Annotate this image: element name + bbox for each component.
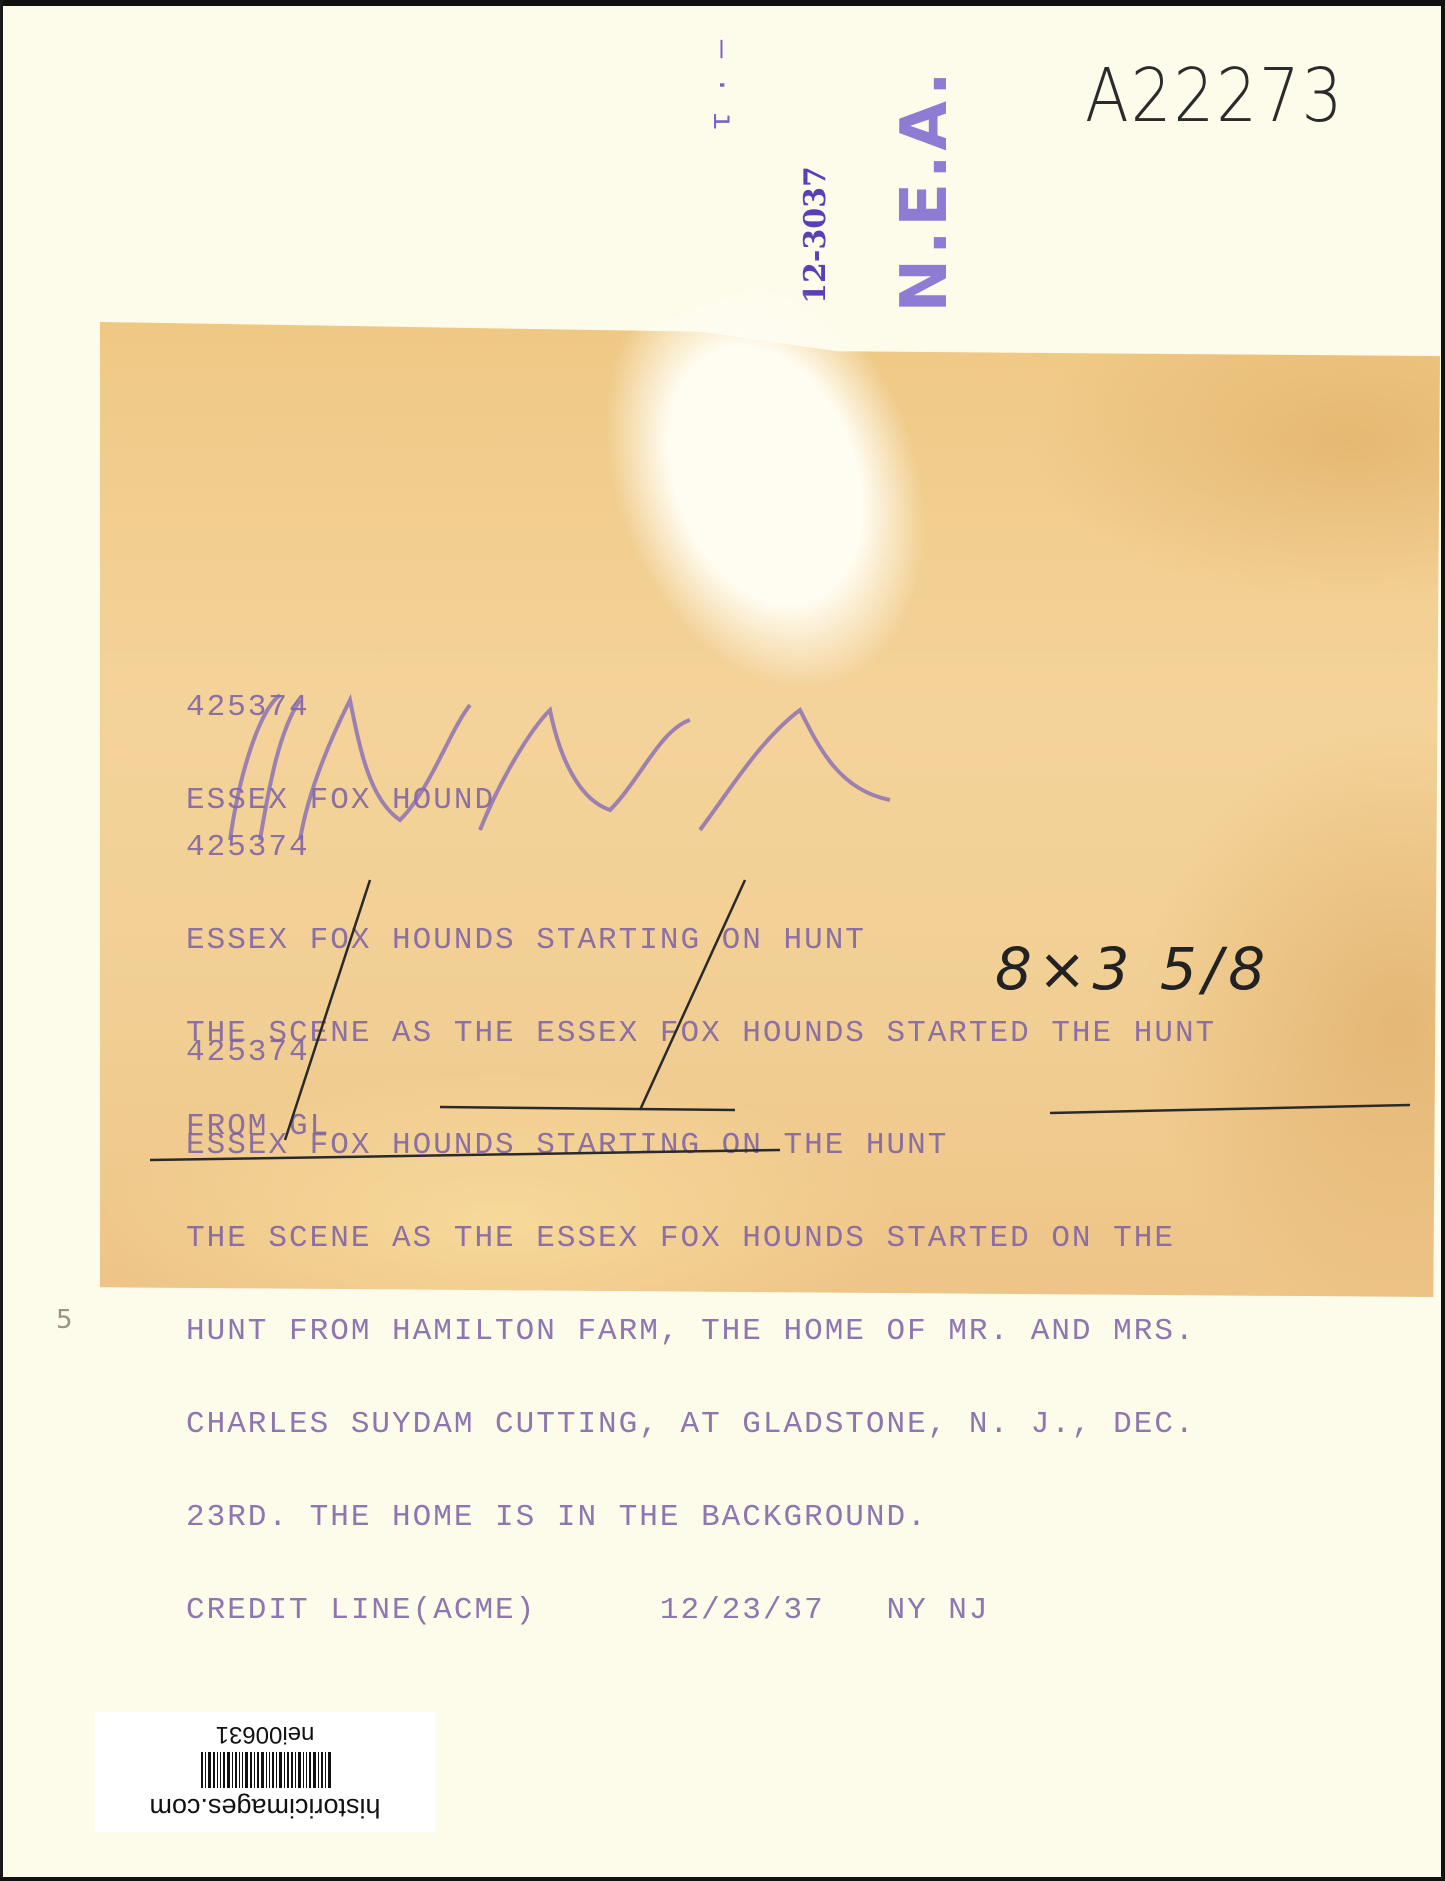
handwritten-archive-id: A22273 [1085,54,1344,139]
scan-border-right [1441,0,1445,1881]
barcode-code-text: nei00631 [216,1721,315,1749]
caption-line: 425374 [186,1037,1196,1068]
caption-line: 23RD. THE HOME IS IN THE BACKGROUND. [186,1502,1196,1533]
stamp-dash-marks: — · ı [728,40,738,180]
barcode-label: historicimages.com nei00631 [95,1712,435,1832]
scan-border-top [0,0,1445,6]
handwritten-size-note: 8×3 5/8 [995,935,1271,1003]
caption-line: CHARLES SUYDAM CUTTING, AT GLADSTONE, N.… [186,1409,1196,1440]
agency-stamp: N.E.A. [775,145,1075,235]
caption-line: HUNT FROM HAMILTON FARM, THE HOME OF MR.… [186,1316,1196,1347]
scan-border-bottom [0,1877,1445,1881]
barcode-icon [199,1753,331,1789]
caption-line: THE SCENE AS THE ESSEX FOX HOUNDS STARTE… [186,1223,1196,1254]
credit-line: CREDIT LINE(ACME) 12/23/37 NY NJ [186,1595,1196,1626]
caption-block-3: 425374 ESSEX FOX HOUNDS STARTING ON THE … [186,975,1196,1657]
caption-line: ESSEX FOX HOUNDS STARTING ON THE HUNT [186,1130,1196,1161]
caption-line: 425374 [186,832,1216,863]
corner-pencil-mark: 5 [56,1305,73,1335]
barcode-site-text: historicimages.com [149,1793,380,1824]
caption-line: 425374 [186,692,495,723]
scan-border-left [0,0,3,1881]
